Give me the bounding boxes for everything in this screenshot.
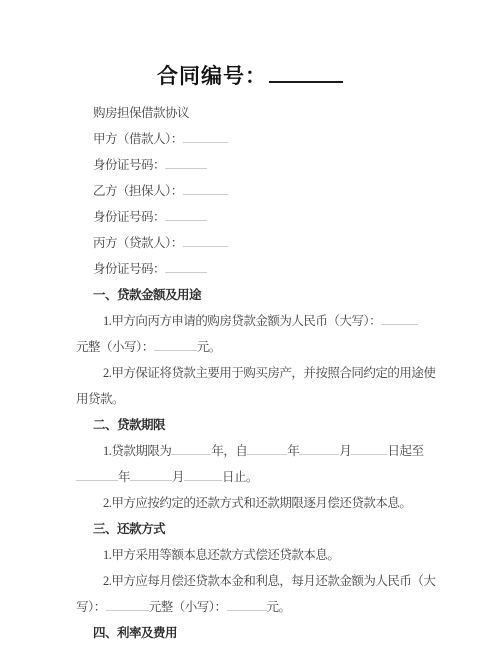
text-segment: 月 bbox=[172, 470, 184, 484]
blank-field bbox=[183, 234, 228, 247]
text-segment: 元整（小写）： bbox=[76, 340, 154, 354]
party-c-line: 丙方（贷款人）： bbox=[76, 230, 430, 256]
text-segment: 乙方（担保人）： bbox=[93, 184, 183, 198]
blank-field bbox=[165, 208, 207, 221]
text-segment: 2.甲方应按约定的还款方式和还款期限逐月偿还贷款本息。 bbox=[103, 496, 411, 510]
text-segment: 丙方（贷款人）： bbox=[93, 236, 183, 250]
blank-field bbox=[165, 260, 207, 273]
section-3-item-1-line-1: 1.甲方采用等额本息还款方式偿还贷款本息。 bbox=[76, 542, 430, 568]
text-segment: 购房担保借款协议 bbox=[93, 106, 189, 120]
section-4-heading: 四、利率及费用 bbox=[76, 620, 430, 646]
section-2-item-1-line-2: 年月日止。 bbox=[76, 464, 430, 490]
text-segment: 元。 bbox=[197, 340, 221, 354]
blank-field bbox=[381, 312, 418, 325]
text-segment: 二、贷款期限 bbox=[93, 418, 165, 432]
text-segment: 一、贷款金额及用途 bbox=[93, 288, 201, 302]
blank-field bbox=[183, 130, 228, 143]
party-a-line: 甲方（借款人）： bbox=[76, 126, 430, 152]
text-segment: 写）： bbox=[76, 600, 106, 614]
section-2-item-2-line-1: 2.甲方应按约定的还款方式和还款期限逐月偿还贷款本息。 bbox=[76, 490, 430, 516]
text-segment: 年 bbox=[118, 470, 130, 484]
contract-number-blank bbox=[269, 63, 343, 83]
blank-field bbox=[227, 598, 267, 611]
text-segment: 身份证号码： bbox=[93, 210, 165, 224]
contract-document-page: 合同编号： 购房担保借款协议甲方（借款人）：身份证号码：乙方（担保人）：身份证号… bbox=[0, 0, 500, 657]
text-segment: 1.贷款期限为 bbox=[103, 444, 171, 458]
blank-field bbox=[130, 468, 172, 481]
text-segment: 2.甲方保证将贷款主要用于购买房产，并按照合同约定的用途使 bbox=[103, 366, 435, 380]
party-c-id-line: 身份证号码： bbox=[76, 256, 430, 282]
text-segment: 元。 bbox=[267, 600, 291, 614]
party-a-id-line: 身份证号码： bbox=[76, 152, 430, 178]
party-b-line: 乙方（担保人）： bbox=[76, 178, 430, 204]
text-segment: 甲方（借款人）： bbox=[93, 132, 183, 146]
blank-field bbox=[299, 442, 339, 455]
section-3-item-2-line-1: 2.甲方应每月偿还贷款本金和利息，每月还款金额为人民币（大 bbox=[76, 568, 430, 594]
text-segment: 2.甲方应每月偿还贷款本金和利息，每月还款金额为人民币（大 bbox=[103, 574, 435, 588]
contract-number-label: 合同编号： bbox=[157, 65, 267, 88]
text-segment: 身份证号码： bbox=[93, 158, 165, 172]
section-1-item-2-line-2: 用贷款。 bbox=[76, 386, 430, 412]
section-2-heading: 二、贷款期限 bbox=[76, 412, 430, 438]
contract-title: 合同编号： bbox=[0, 0, 500, 92]
text-segment: 年，自 bbox=[211, 444, 247, 458]
text-segment: 年 bbox=[287, 444, 299, 458]
text-segment: 月 bbox=[339, 444, 351, 458]
blank-field bbox=[247, 442, 287, 455]
section-2-item-1-line-1: 1.贷款期限为年，自年月日起至 bbox=[76, 438, 430, 464]
party-b-id-line: 身份证号码： bbox=[76, 204, 430, 230]
section-1-item-1-line-2: 元整（小写）：元。 bbox=[76, 334, 430, 360]
text-segment: 三、还款方式 bbox=[93, 522, 165, 536]
blank-field bbox=[171, 442, 211, 455]
text-segment: 1.甲方向丙方申请的购房贷款金额为人民币（大写）： bbox=[103, 314, 381, 328]
document-body: 购房担保借款协议甲方（借款人）：身份证号码：乙方（担保人）：身份证号码：丙方（贷… bbox=[76, 100, 430, 646]
text-segment: 元整（小写）： bbox=[149, 600, 227, 614]
text-segment: 四、利率及费用 bbox=[93, 626, 177, 640]
text-segment: 日止。 bbox=[222, 470, 258, 484]
doc-subtitle: 购房担保借款协议 bbox=[76, 100, 430, 126]
blank-field bbox=[165, 156, 207, 169]
text-segment: 1.甲方采用等额本息还款方式偿还贷款本息。 bbox=[103, 548, 339, 562]
section-3-item-2-line-2: 写）：元整（小写）：元。 bbox=[76, 594, 430, 620]
section-1-item-1-line-1: 1.甲方向丙方申请的购房贷款金额为人民币（大写）： bbox=[76, 308, 430, 334]
section-1-heading: 一、贷款金额及用途 bbox=[76, 282, 430, 308]
blank-field bbox=[76, 468, 118, 481]
blank-field bbox=[183, 182, 228, 195]
section-1-item-2-line-1: 2.甲方保证将贷款主要用于购买房产，并按照合同约定的用途使 bbox=[76, 360, 430, 386]
blank-field bbox=[106, 598, 149, 611]
blank-field bbox=[184, 468, 222, 481]
blank-field bbox=[351, 442, 387, 455]
text-segment: 用贷款。 bbox=[76, 392, 124, 406]
text-segment: 身份证号码： bbox=[93, 262, 165, 276]
section-3-heading: 三、还款方式 bbox=[76, 516, 430, 542]
text-segment: 日起至 bbox=[387, 444, 423, 458]
blank-field bbox=[154, 338, 197, 351]
